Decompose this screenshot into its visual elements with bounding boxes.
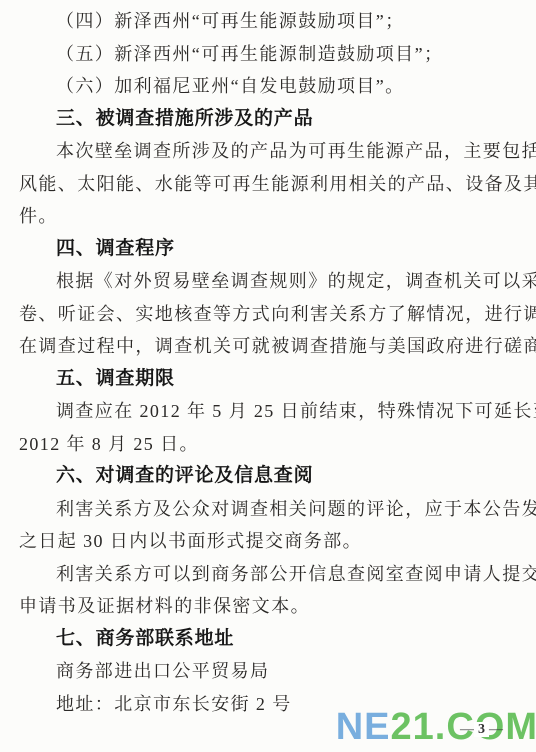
contact-org-line: 商务部进出口公平贸易局	[19, 655, 522, 688]
section-heading-6: 六、对调查的评论及信息查阅	[19, 460, 522, 493]
paragraph-line: 2012 年 8 月 25 日。	[19, 428, 522, 461]
paragraph-line: 在调查过程中，调查机关可就被调查措施与美国政府进行磋商。	[19, 330, 522, 363]
paragraph-line: 之日起 30 日内以书面形式提交商务部。	[19, 525, 522, 558]
page-number: —3—	[460, 722, 503, 738]
section-heading-7: 七、商务部联系地址	[19, 623, 522, 656]
paragraph-line: 本次壁垒调查所涉及的产品为可再生能源产品，主要包括与	[19, 135, 522, 168]
paragraph-line: 申请书及证据材料的非保密文本。	[19, 590, 522, 623]
section-heading-4: 四、调查程序	[19, 233, 522, 266]
paragraph-line: 利害关系方及公众对调查相关问题的评论，应于本公告发布	[19, 493, 522, 526]
ne21-watermark: NE21.COM	[336, 706, 536, 749]
paragraph-line: 调查应在 2012 年 5 月 25 日前结束，特殊情况下可延长至	[19, 395, 522, 428]
document-page: （四）新泽西州“可再生能源鼓励项目”； （五）新泽西州“可再生能源制造鼓励项目”…	[0, 0, 536, 752]
paragraph-line: 卷、听证会、实地核查等方式向利害关系方了解情况，进行调查。	[19, 298, 522, 331]
watermark-prefix: NE	[336, 706, 391, 748]
document-body: （四）新泽西州“可再生能源鼓励项目”； （五）新泽西州“可再生能源制造鼓励项目”…	[19, 5, 522, 720]
list-item-6: （六）加利福尼亚州“自发电鼓励项目”。	[19, 70, 522, 103]
page-number-dash-left: —	[460, 722, 474, 737]
paragraph-line: 根据《对外贸易壁垒调查规则》的规定，调查机关可以采用问	[19, 265, 522, 298]
page-number-dash-right: —	[489, 722, 503, 737]
list-item-5: （五）新泽西州“可再生能源制造鼓励项目”；	[19, 38, 522, 71]
paragraph-line: 利害关系方可以到商务部公开信息查阅室查阅申请人提交的	[19, 558, 522, 591]
paragraph-line: 件。	[19, 200, 522, 233]
section-heading-3: 三、被调查措施所涉及的产品	[19, 103, 522, 136]
page-number-value: 3	[474, 722, 489, 737]
paragraph-line: 风能、太阳能、水能等可再生能源利用相关的产品、设备及其零部	[19, 168, 522, 201]
section-heading-5: 五、调查期限	[19, 363, 522, 396]
list-item-4: （四）新泽西州“可再生能源鼓励项目”；	[19, 5, 522, 38]
